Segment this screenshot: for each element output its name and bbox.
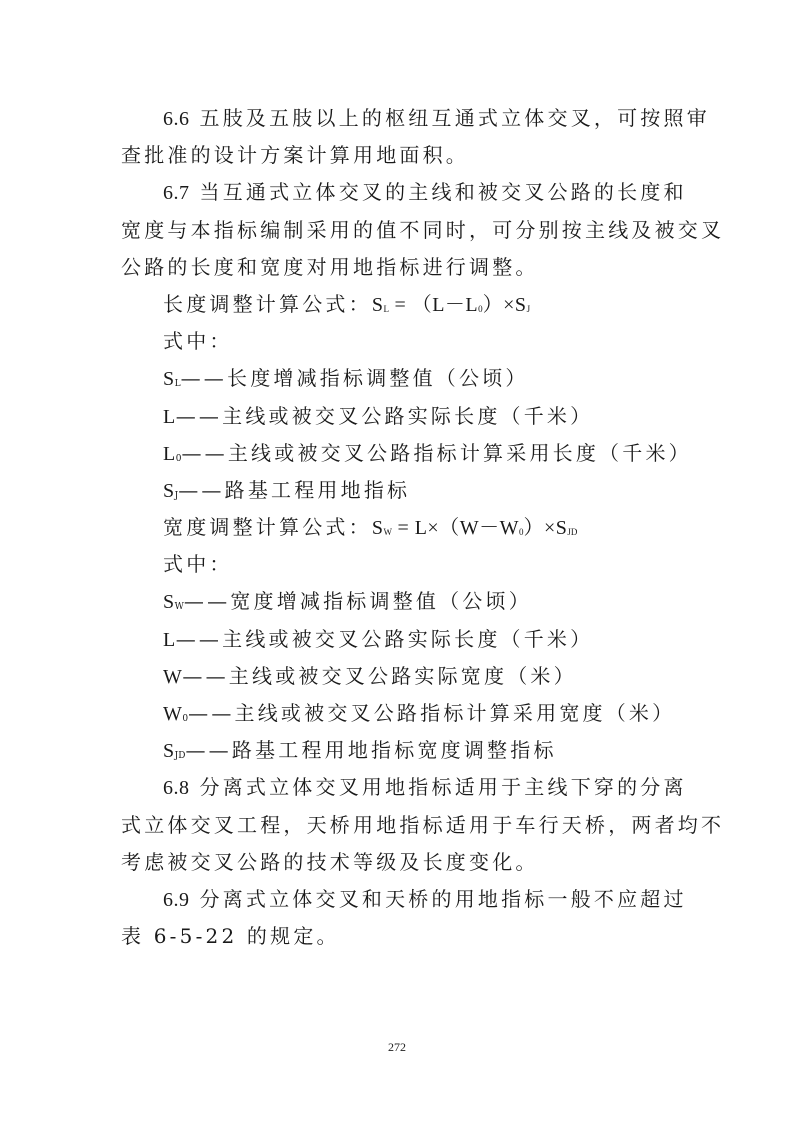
where-label: 式中： [121, 323, 673, 360]
definition-sw: SW——宽度增减指标调整值（公顷） [121, 583, 673, 620]
document-page: 6.6五肢及五肢以上的枢纽互通式立体交叉，可按照审 查批准的设计方案计算用地面积… [121, 100, 673, 955]
where-label: 式中： [121, 546, 673, 583]
section-number: 6.9 [163, 889, 190, 911]
paragraph-6-8-line-1: 6.8分离式立体交叉用地指标适用于主线下穿的分离 [121, 769, 673, 806]
width-formula: 宽度调整计算公式：SW = L×（W－W0）×SJD [121, 509, 673, 546]
length-formula: 长度调整计算公式：SL = （L－L0）×SJ [121, 286, 673, 323]
definition-w: W——主线或被交叉公路实际宽度（米） [121, 658, 673, 695]
definition-l: L——主线或被交叉公路实际长度（千米） [121, 621, 673, 658]
paragraph-6-8-line-2: 式立体交叉工程，天桥用地指标适用于车行天桥，两者均不 [121, 807, 673, 844]
definition-sj: SJ——路基工程用地指标 [121, 472, 673, 509]
section-number: 6.6 [163, 108, 190, 130]
definition-sl: SL——长度增减指标调整值（公顷） [121, 360, 673, 397]
paragraph-text: 分离式立体交叉和天桥的用地指标一般不应超过 [200, 887, 687, 911]
paragraph-6-9-line-2: 表 6-5-22 的规定。 [121, 918, 673, 955]
definition-sjd: SJD——路基工程用地指标宽度调整指标 [121, 732, 673, 769]
section-number: 6.7 [163, 182, 190, 204]
formula-expression: SL = （L－L0）×SJ [372, 294, 530, 316]
section-number: 6.8 [163, 777, 190, 799]
definition-l: L——主线或被交叉公路实际长度（千米） [121, 398, 673, 435]
page-number: 272 [0, 1040, 794, 1055]
paragraph-6-8-line-3: 考虑被交叉公路的技术等级及长度变化。 [121, 844, 673, 881]
formula-label: 宽度调整计算公式： [163, 515, 372, 539]
paragraph-text: 五肢及五肢以上的枢纽互通式立体交叉，可按照审 [200, 106, 710, 130]
formula-label: 长度调整计算公式： [163, 292, 372, 316]
formula-expression: SW = L×（W－W0）×SJD [372, 517, 578, 539]
definition-w0: W0——主线或被交叉公路指标计算采用宽度（米） [121, 695, 673, 732]
definition-l0: L0——主线或被交叉公路指标计算采用长度（千米） [121, 435, 673, 472]
paragraph-6-7-line-1: 6.7当互通式立体交叉的主线和被交叉公路的长度和 [121, 174, 673, 211]
paragraph-6-6-line-1: 6.6五肢及五肢以上的枢纽互通式立体交叉，可按照审 [121, 100, 673, 137]
paragraph-6-7-line-2: 宽度与本指标编制采用的值不同时，可分别按主线及被交叉 [121, 212, 673, 249]
paragraph-text: 分离式立体交叉用地指标适用于主线下穿的分离 [200, 775, 687, 799]
paragraph-text: 当互通式立体交叉的主线和被交叉公路的长度和 [200, 180, 687, 204]
paragraph-6-6-line-2: 查批准的设计方案计算用地面积。 [121, 137, 673, 174]
paragraph-6-7-line-3: 公路的长度和宽度对用地指标进行调整。 [121, 249, 673, 286]
paragraph-6-9-line-1: 6.9分离式立体交叉和天桥的用地指标一般不应超过 [121, 881, 673, 918]
